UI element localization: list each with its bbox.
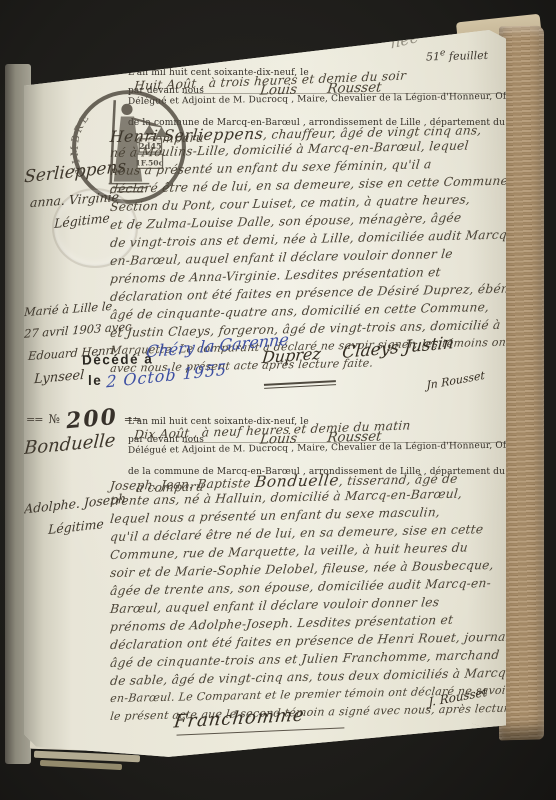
margin-dash: == <box>26 413 42 426</box>
numero-sign: № <box>48 412 59 426</box>
register-photo: née 51e feuillet — № 199 ——— L'an mil hu… <box>0 0 556 800</box>
act-number: == № 200 == <box>26 406 140 432</box>
birth-record-200: == № 200 == L'an mil huit cent soixante-… <box>24 30 506 762</box>
numero-sign: № <box>44 58 55 72</box>
declarant-name: Bonduelle <box>254 471 340 491</box>
body-line-rest: , tisserand, âgé de <box>338 472 458 489</box>
margin-legitimacy: Légitime <box>48 516 104 537</box>
margin-child-surname: Bonduelle <box>23 430 116 459</box>
register-page: née 51e feuillet — № 199 ——— L'an mil hu… <box>24 30 506 762</box>
act-number-value: 199 <box>60 50 114 80</box>
bottom-page-edge <box>40 760 122 770</box>
margin-dash: ——— <box>119 59 149 72</box>
